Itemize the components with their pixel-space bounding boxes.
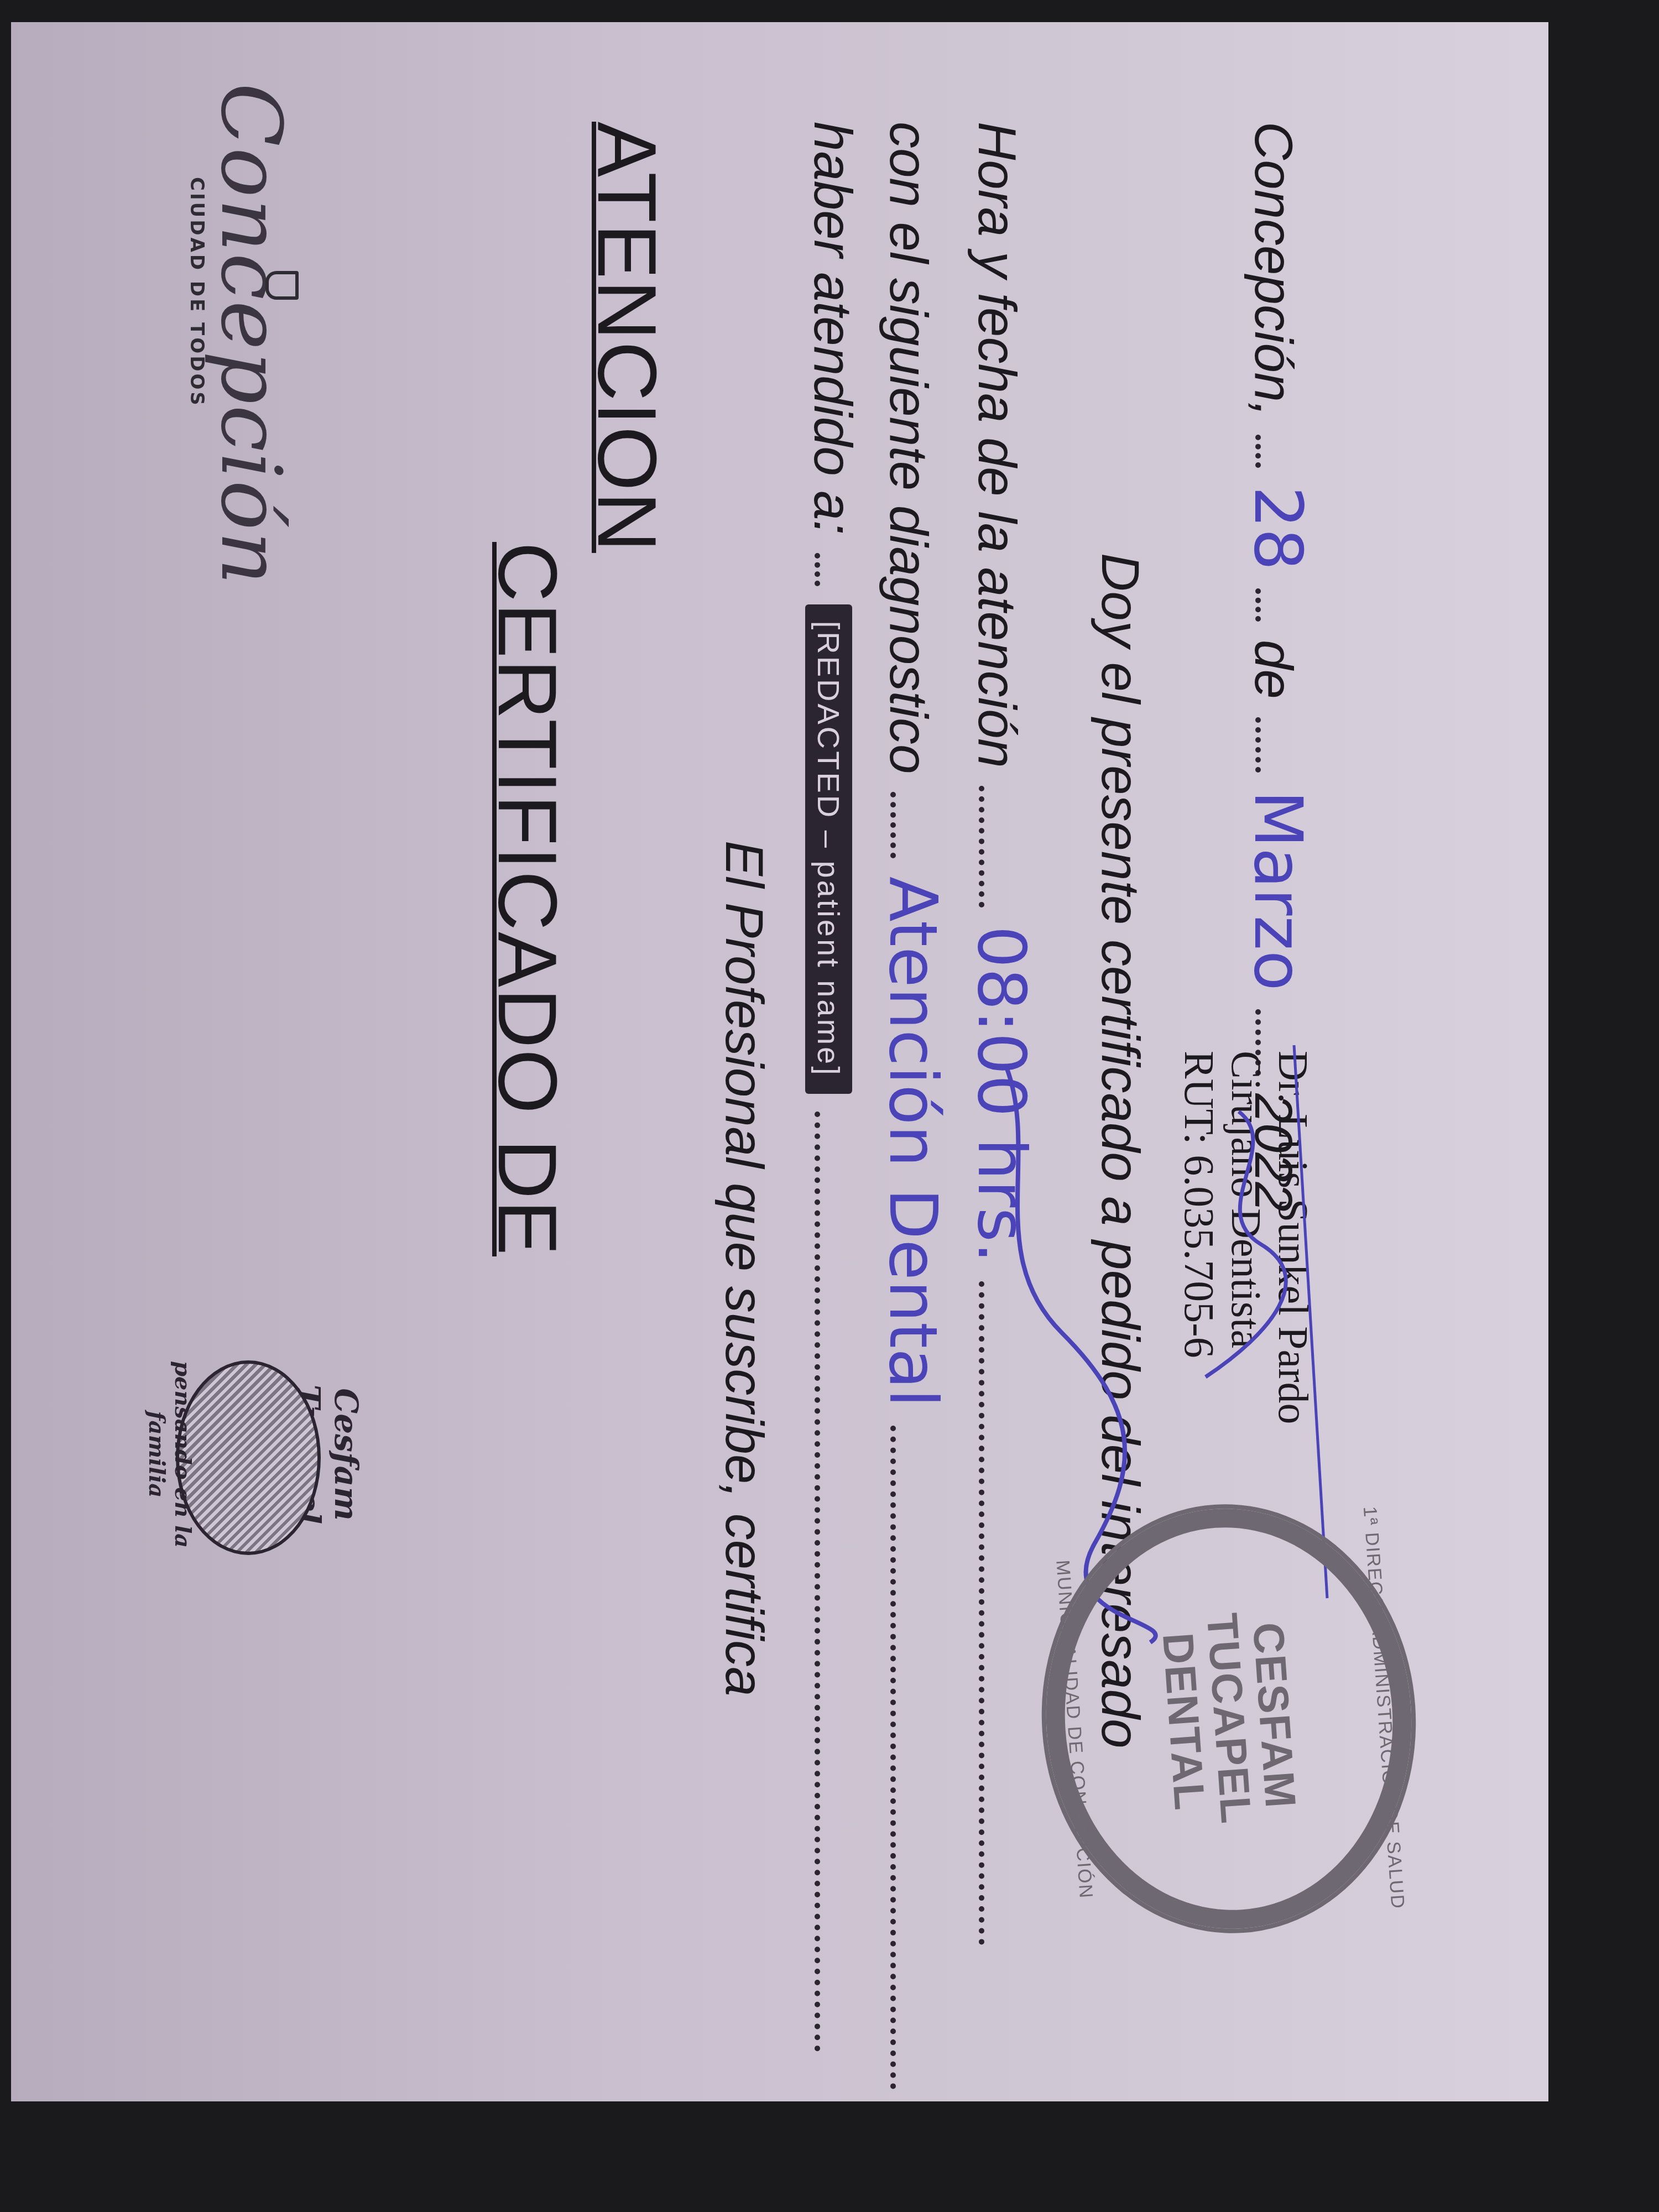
date-city: Concepción, xyxy=(1244,122,1303,417)
diagnosis-label: con el siguiente diagnostico xyxy=(879,122,938,774)
clinic-logo: Cesfam Tucapel pensando en la familia xyxy=(160,1338,343,1571)
dotted-line xyxy=(815,1112,820,2052)
title-line-1: CERTIFICADO DE xyxy=(479,542,575,1256)
time-row: Hora y fecha de la atención 08:00 hrs. xyxy=(963,122,1040,1948)
clinic-logo-bottom-text: pensando en la familia xyxy=(144,1338,196,1571)
dotted-line xyxy=(1255,435,1261,468)
title-line-2: ATENCION xyxy=(579,122,675,553)
signer-name: Dr. Luis Sunkel Pardo xyxy=(1269,1051,1316,1425)
intro-text: El Profesional que suscribe, certifica xyxy=(713,841,774,1696)
stamp-ring-top: 1ª DIRECC. ADMINISTRACIÓN DE SALUD xyxy=(1358,1498,1409,1918)
stamp-ring-bottom: MUNICIPALIDAD DE CONCEPCIÓN xyxy=(1048,1519,1099,1940)
dotted-line xyxy=(979,1281,984,1945)
signer-rut: RUT: 6.035.705-6 xyxy=(1175,1051,1222,1425)
diagnosis-row: con el siguiente diagnostico Atención De… xyxy=(874,122,951,2093)
family-logo-icon xyxy=(176,1360,321,1555)
municipality-logo: Concepción CIUDAD DE TODOS xyxy=(186,83,299,586)
attended-value: [REDACTED – patient name] xyxy=(805,604,852,1094)
attended-label: haber atendido a: xyxy=(803,122,862,535)
dotted-line xyxy=(1255,717,1261,773)
date-connector: de xyxy=(1244,640,1303,699)
signature-block: Dr. Luis Sunkel Pardo Cirujano Dentista … xyxy=(1175,1051,1316,1425)
certificate-page: Concepción CIUDAD DE TODOS CERTIFICADO D… xyxy=(11,22,1548,2101)
time-value: 08:00 hrs. xyxy=(963,926,1040,1263)
attended-row: haber atendido a: [REDACTED – patient na… xyxy=(802,122,863,2055)
time-label: Hora y fecha de la atención xyxy=(967,122,1026,768)
date-row: Concepción, 28 de Marzo 2022 xyxy=(1239,122,1316,1212)
crest-icon xyxy=(265,271,299,300)
date-month: Marzo xyxy=(1239,790,1316,991)
dotted-line xyxy=(890,1426,896,2089)
dotted-line xyxy=(815,553,820,586)
dotted-line xyxy=(1255,588,1261,622)
dotted-line xyxy=(979,786,984,907)
dotted-line xyxy=(890,792,896,858)
clinic-stamp: 1ª DIRECC. ADMINISTRACIÓN DE SALUD CESFA… xyxy=(1027,1491,1430,1945)
signer-title: Cirujano Dentista xyxy=(1222,1051,1269,1425)
date-day: 28 xyxy=(1239,486,1316,571)
diagnosis-value: Atención Dental xyxy=(874,877,951,1407)
municipality-brand: Concepción xyxy=(202,83,299,586)
